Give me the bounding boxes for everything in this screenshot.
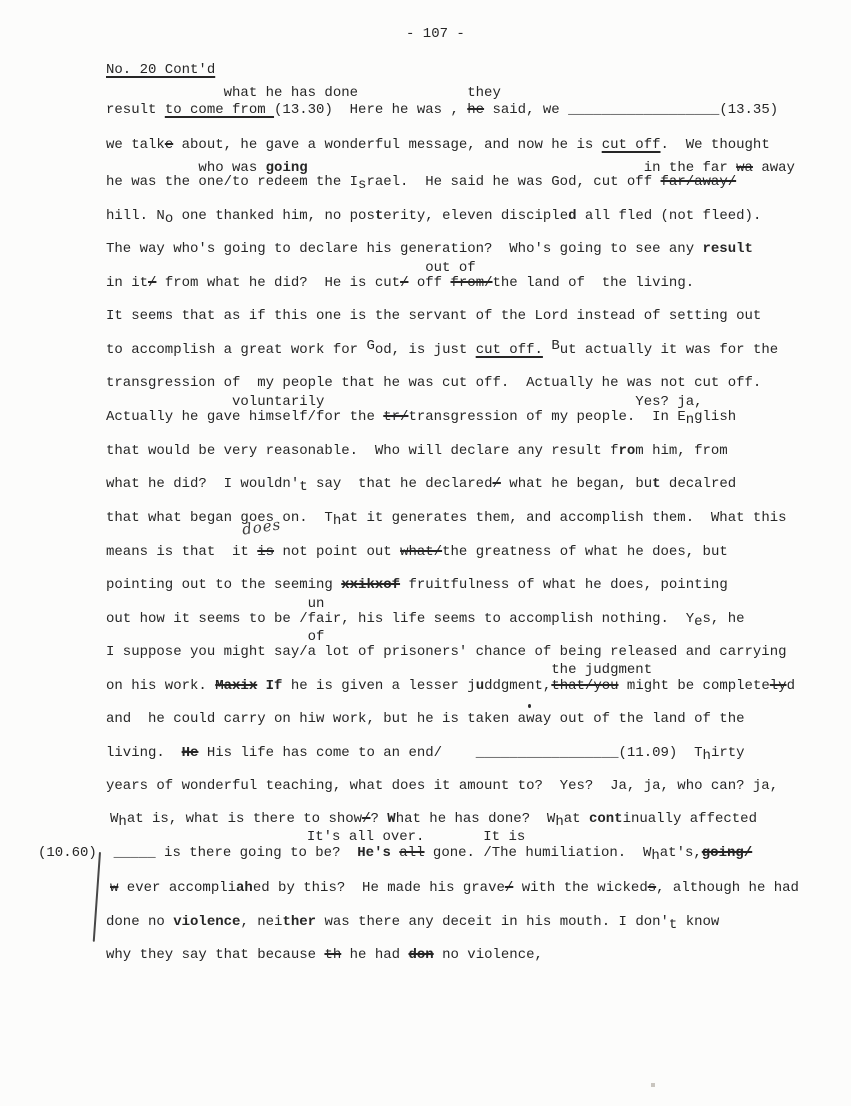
pencil-margin-stroke	[93, 852, 101, 942]
typed-line: to accomplish a great work for God, is j…	[106, 342, 778, 359]
typed-line: that would be very reasonable. Who will …	[106, 443, 728, 460]
typed-line: years of wonderful teaching, what does i…	[106, 778, 778, 795]
typed-line: It's all over. It is	[38, 829, 525, 846]
typed-line: (10.60) _____ is there going to be? He's…	[38, 845, 752, 862]
typed-line: in it/ from what he did? He is cut/ off …	[106, 275, 694, 292]
paper-speck	[651, 1083, 655, 1087]
typed-line: pointing out to the seeming xxikxof frui…	[106, 577, 728, 594]
section-heading: No. 20 Cont'd	[106, 62, 215, 79]
typed-line: means is that it is not point out what/t…	[106, 544, 728, 561]
typed-line: hill. No one thanked him, no posterity, …	[106, 208, 761, 225]
typed-line: I suppose you might say/a lot of prisone…	[106, 644, 787, 661]
handwritten-correction-word: does	[241, 515, 282, 538]
typed-line: transgression of my people that he was c…	[106, 375, 761, 392]
stray-ink-dot	[528, 704, 531, 708]
typed-line: that what began goes on. That it generat…	[106, 510, 787, 527]
typed-line: and he could carry on hiw work, but he i…	[106, 711, 745, 728]
section-heading-text: No. 20 Cont'd	[106, 62, 215, 78]
typewritten-document-page: - 107 - No. 20 Cont'd what he has done t…	[0, 0, 851, 1106]
typed-line: he was the one/to redeem the Israel. He …	[106, 174, 736, 191]
typed-line: what he has done they	[106, 85, 501, 102]
typed-line: what he did? I wouldn't say that he decl…	[106, 476, 736, 493]
typed-line: why they say that because th he had don …	[106, 947, 543, 964]
typed-line: on his work. Maxix If he is given a less…	[106, 678, 795, 695]
typed-line: What is, what is there to show/? What he…	[110, 811, 757, 828]
typed-line: done no violence, neither was there any …	[106, 914, 719, 931]
typed-line: Actually he gave himself/for the tr/tran…	[106, 409, 736, 426]
typed-line: we talke about, he gave a wonderful mess…	[106, 137, 770, 154]
typed-line: living. He His life has come to an end/ …	[106, 745, 745, 762]
typed-line: the judgment	[106, 662, 652, 679]
typed-line: w ever accompliahed by this? He made his…	[110, 880, 799, 897]
typed-line: out how it seems to be /fair, his life s…	[106, 611, 745, 628]
typed-line: It seems that as if this one is the serv…	[106, 308, 761, 325]
typed-line: result to come from (13.30) Here he was …	[106, 102, 778, 119]
page-number-header: - 107 -	[406, 26, 465, 43]
typed-line: The way who's going to declare his gener…	[106, 241, 753, 258]
